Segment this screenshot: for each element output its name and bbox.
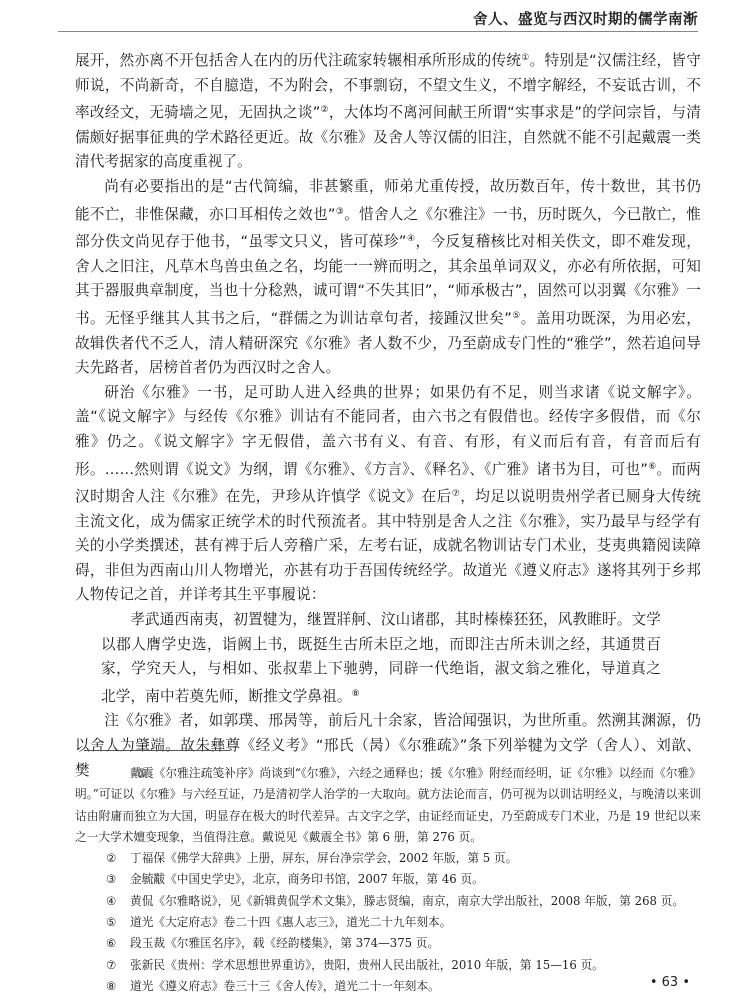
footnote-text: 段玉裁《尔雅匡名序》，载《经韵楼集》，第 374—375 页。 [130,936,439,950]
footnote-marker: ④ [106,891,130,912]
footnote-ref[interactable]: ④ [407,234,416,244]
footnote-separator [84,750,230,751]
footnote-marker: ⑥ [106,933,130,954]
footnote-text: 道光《大定府志》卷二十四《惠人志三》，道光二十九年刻本。 [130,915,451,929]
footnote-item: ④黄侃《尔雅略说》，见《新辑黄侃学术文集》，滕志贤编，南京，南京大学出版社，20… [75,891,701,912]
paragraph: 展开，然亦离不开包括舍人在内的历代注疏家转辗相承所形成的传统①。特别是“汉儒注经… [75,46,701,175]
footnote-ref[interactable]: ⑧ [352,689,360,699]
block-quote: 孝武通西南夷，初置犍为，继置牂舸、汶山诸郡，其时榛榛狉狉，风教睢盱。文学以郡人膺… [101,608,661,709]
footnote-item: ⑥段玉裁《尔雅匡名序》，载《经韵楼集》，第 374—375 页。 [75,933,701,954]
footnote-text: 道光《遵义府志》卷三十三《舍人传》，道光二十一年刻本。 [130,979,440,993]
header-rule [58,31,698,32]
footnote-ref[interactable]: ② [320,105,328,115]
footnote-ref[interactable]: ③ [336,207,344,217]
footnote-marker: ② [106,848,130,869]
footnote-item: ⑧道光《遵义府志》卷三十三《舍人传》，道光二十一年刻本。 [75,976,701,997]
footnote-marker: ① [106,763,130,784]
footnote-item: ③金毓黻《中国史学史》，北京，商务印书馆，2007 年版，第 46 页。 [75,869,701,890]
footnote-ref[interactable]: ① [521,53,529,63]
footnote-ref[interactable]: ⑥ [648,462,656,472]
footnote-text: 黄侃《尔雅略说》，见《新辑黄侃学术文集》，滕志贤编，南京，南京大学出版社，200… [130,894,684,908]
footnote-item: ⑦张新民《贵州：学术思想世界重访》，贵阳，贵州人民出版社，2010 年版，第 1… [75,955,701,976]
footnote-item: ①戴震《尔雅注疏笺补序》尚谈到“《尔雅》，六经之通释也；援《尔雅》附经而经明，证… [75,763,701,848]
paragraph: 尚有必要指出的是“古代简编，非甚繁重，师弟尤重传授，故历数百年，传十数世，其书仍… [75,175,701,381]
body-text: 展开，然亦离不开包括舍人在内的历代注疏家转辗相承所形成的传统①。特别是“汉儒注经… [75,46,701,783]
footnote-marker: ⑤ [106,912,130,933]
footnote-item: ②丁福保《佛学大辞典》上册，屏东，屏台净宗学会，2002 年版，第 5 页。 [75,848,701,869]
footnote-ref[interactable]: ⑦ [452,489,461,499]
paragraph: 研治《尔雅》一书，足可助人进入经典的世界；如果仍有不足，则当求诸《说文解字》。盖… [75,381,701,608]
footnote-text: 金毓黻《中国史学史》，北京，商务印书馆，2007 年版，第 46 页。 [130,872,484,886]
footnotes: ①戴震《尔雅注疏笺补序》尚谈到“《尔雅》，六经之通释也；援《尔雅》附经而经明，证… [75,763,701,997]
footnote-marker: ⑧ [106,976,130,997]
block-quote-text: 孝武通西南夷，初置犍为，继置牂舸、汶山诸郡，其时榛榛狉狉，风教睢盱。文学以郡人膺… [101,611,661,705]
footnote-text: 丁福保《佛学大辞典》上册，屏东，屏台净宗学会，2002 年版，第 5 页。 [130,851,517,865]
footnote-text: 张新民《贵州：学术思想世界重访》，贵阳，贵州人民出版社，2010 年版，第 15… [130,958,604,972]
footnote-item: ⑤道光《大定府志》卷二十四《惠人志三》，道光二十九年刻本。 [75,912,701,933]
page-number: • 63 • [650,975,690,990]
footnote-marker: ⑦ [106,955,130,976]
footnote-ref[interactable]: ⑤ [512,311,521,321]
footnote-text: 戴震《尔雅注疏笺补序》尚谈到“《尔雅》，六经之通释也；援《尔雅》附经而经明，证《… [75,766,701,844]
running-head: 舍人、盛览与西汉时期的儒学南渐 [58,8,698,30]
footnote-marker: ③ [106,869,130,890]
